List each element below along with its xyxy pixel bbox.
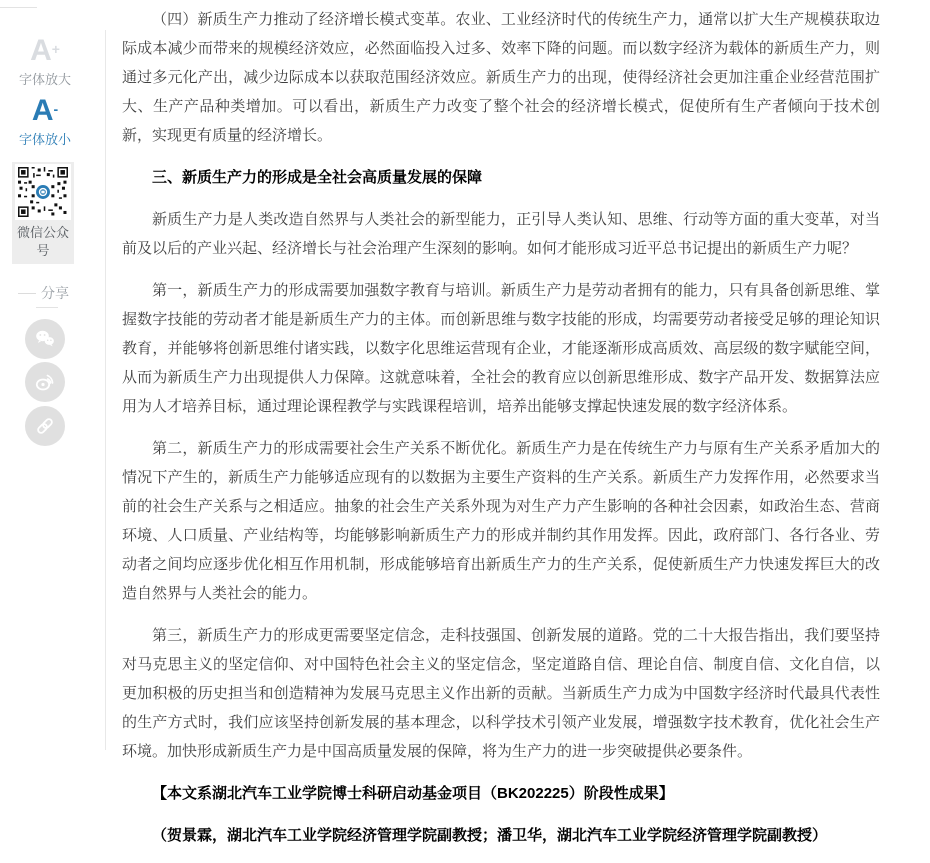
share-section-header: 分享 bbox=[18, 283, 88, 303]
qrcode-label: 微信公众号 bbox=[14, 224, 72, 260]
share-dash-line bbox=[18, 293, 36, 294]
paragraph-second-point: 第二，新质生产力的形成需要社会生产关系不断优化。新质生产力是在传统生产力与原有生… bbox=[122, 434, 880, 608]
wechat-qrcode-block: 微信公众号 bbox=[12, 162, 74, 264]
font-increase-label: 字体放大 bbox=[0, 69, 90, 88]
weibo-share-icon bbox=[33, 370, 57, 394]
copy-link-icon bbox=[33, 414, 57, 438]
font-increase-icon: A+ bbox=[30, 34, 60, 67]
qrcode-image bbox=[15, 164, 71, 220]
font-decrease-icon: A- bbox=[32, 94, 58, 127]
wechat-share-icon bbox=[33, 327, 57, 351]
article-body: （四）新质生产力推动了经济增长模式变革。农业、工业经济时代的传统生产力，通常以扩… bbox=[122, 5, 880, 778]
copy-link-button[interactable] bbox=[25, 406, 65, 446]
paragraph-intro: 新质生产力是人类改造自然界与人类社会的新型能力，正引导人类认知、思维、行动等方面… bbox=[122, 205, 880, 263]
paragraph-first-point: 第一，新质生产力的形成需要加强数字教育与培训。新质生产力是劳动者拥有的能力，只有… bbox=[122, 276, 880, 421]
share-underline bbox=[36, 307, 58, 308]
rail-vertical-divider bbox=[105, 30, 106, 750]
rail-top-divider bbox=[0, 7, 37, 8]
section-heading-3: 三、新质生产力的形成是全社会高质量发展的保障 bbox=[122, 163, 880, 192]
wechat-share-button[interactable] bbox=[25, 319, 65, 359]
font-decrease-button[interactable]: A- 字体放小 bbox=[0, 96, 90, 148]
font-decrease-label: 字体放小 bbox=[0, 129, 90, 148]
share-label: 分享 bbox=[41, 283, 69, 303]
paragraph-third-point: 第三，新质生产力的形成更需要坚定信念，走科技强国、创新发展的道路。党的二十大报告… bbox=[122, 621, 880, 766]
left-tool-rail: A+ 字体放大 A- 字体放小 bbox=[0, 0, 106, 778]
font-increase-button[interactable]: A+ 字体放大 bbox=[0, 36, 90, 88]
paragraph-section4: （四）新质生产力推动了经济增长模式变革。农业、工业经济时代的传统生产力，通常以扩… bbox=[122, 5, 880, 150]
weibo-share-button[interactable] bbox=[25, 362, 65, 402]
qrcode-icon bbox=[18, 167, 68, 217]
